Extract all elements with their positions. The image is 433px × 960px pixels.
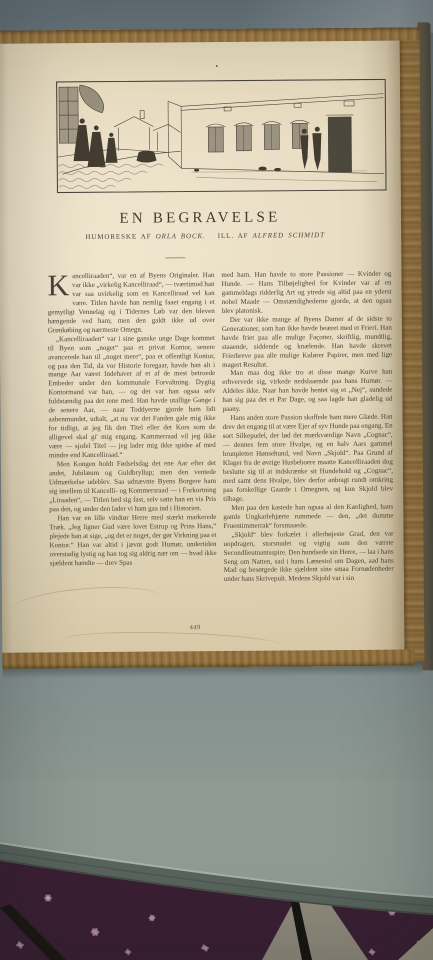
article-title: EN BEGRAVELSE [35,209,365,229]
paper-crease [11,582,163,625]
paragraph: Man maa dog ikke tro at disse mange Kurv… [222,368,392,414]
drop-cap: K [47,272,72,299]
paragraph: Han var en lille vindtør Herre med stærk… [49,513,216,568]
book: EN BEGRAVELSE HUMORESKE AF ORLA BOCK.ILL… [0,27,433,671]
section-divider-rule [165,257,185,258]
paragraph: Men paa den kastede han ogsaa al den Kær… [223,502,393,530]
book-page: EN BEGRAVELSE HUMORESKE AF ORLA BOCK.ILL… [0,41,404,653]
paragraph-text: ancelliraaden“, var en af Byens Original… [48,271,215,334]
byline-prefix: HUMORESKE AF [85,232,155,241]
article-byline: HUMORESKE AF ORLA BOCK.ILL. AF ALFRED SC… [35,231,375,242]
illustrator-name: ALFRED SCHMIDT [253,231,325,240]
paragraph: Men Kongen holdt Fødselsdag det ene Aar … [49,459,216,514]
right-column: med ham. Han havde to store Passioner — … [221,270,393,585]
byline-separator: ILL. AF [218,232,253,240]
author-name: ORLA BOCK. [156,232,206,240]
paragraph: „Skjold“ blev forkælet i allerhøjeste Gr… [223,529,393,584]
left-column: Kancelliraaden“, var en af Byens Origina… [47,271,216,586]
paragraph: Hans anden store Passion skaffede ham me… [223,413,394,504]
paragraph: Kancelliraaden“, var en af Byens Origina… [47,271,214,335]
photo-of-open-book: EN BEGRAVELSE HUMORESKE AF ORLA BOCK.ILL… [0,0,433,960]
paper-speck [216,65,218,67]
street-scene-illustration [56,79,387,194]
paragraph: „Kancelliraaden“ var i sine ganske unge … [48,334,216,461]
table-edge-and-floor [0,780,433,960]
paragraph: med ham. Han havde to store Passioner — … [221,270,391,316]
paragraph: Der var ikke mange af Byens Damer af de … [222,314,392,369]
text-columns: Kancelliraaden“, var en af Byens Origina… [47,270,393,586]
page-number: 449 [175,624,215,631]
